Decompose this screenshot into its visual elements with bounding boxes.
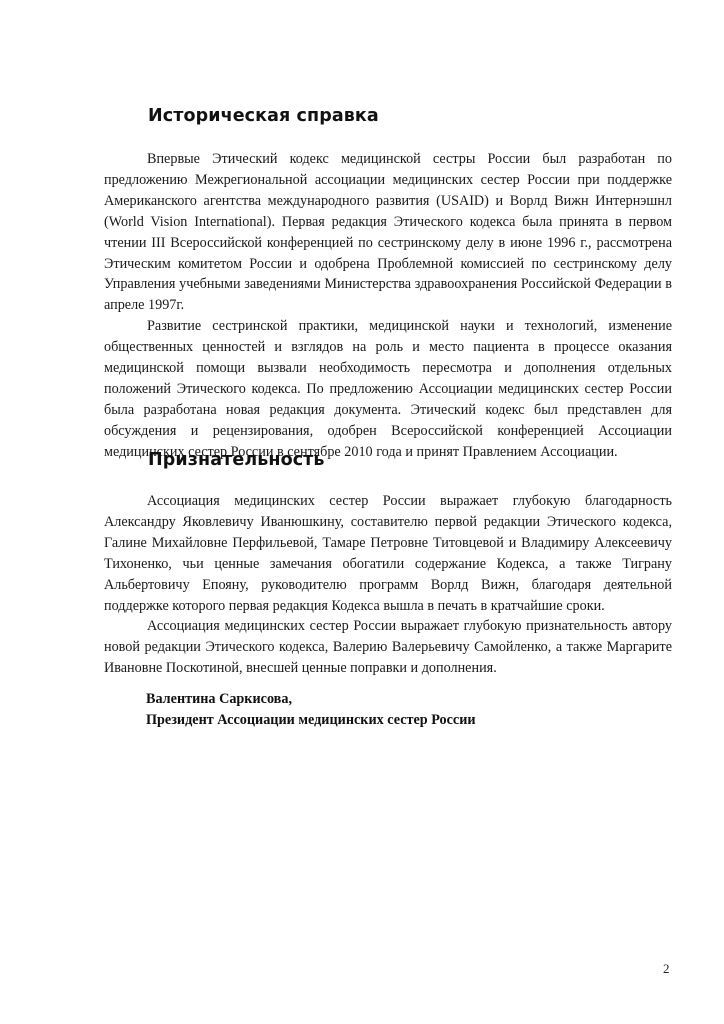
paragraph: Развитие сестринской практики, медицинск… [104, 316, 672, 462]
signatory-name: Валентина Саркисова, [146, 689, 476, 710]
page-number: 2 [663, 961, 670, 977]
section-title-acknowledgement: Признательность [148, 450, 325, 470]
section-title-history: Историческая справка [148, 106, 379, 126]
document-page: Историческая справка Впервые Этический к… [0, 0, 724, 1024]
signature-block: Валентина Саркисова, Президент Ассоциаци… [146, 689, 476, 731]
signatory-position: Президент Ассоциации медицинских сестер … [146, 710, 476, 731]
history-text: Впервые Этический кодекс медицинской сес… [104, 149, 672, 463]
paragraph: Ассоциация медицинских сестер России выр… [104, 491, 672, 616]
paragraph: Ассоциация медицинских сестер России выр… [104, 616, 672, 679]
acknowledgement-text: Ассоциация медицинских сестер России выр… [104, 491, 672, 679]
paragraph: Впервые Этический кодекс медицинской сес… [104, 149, 672, 316]
